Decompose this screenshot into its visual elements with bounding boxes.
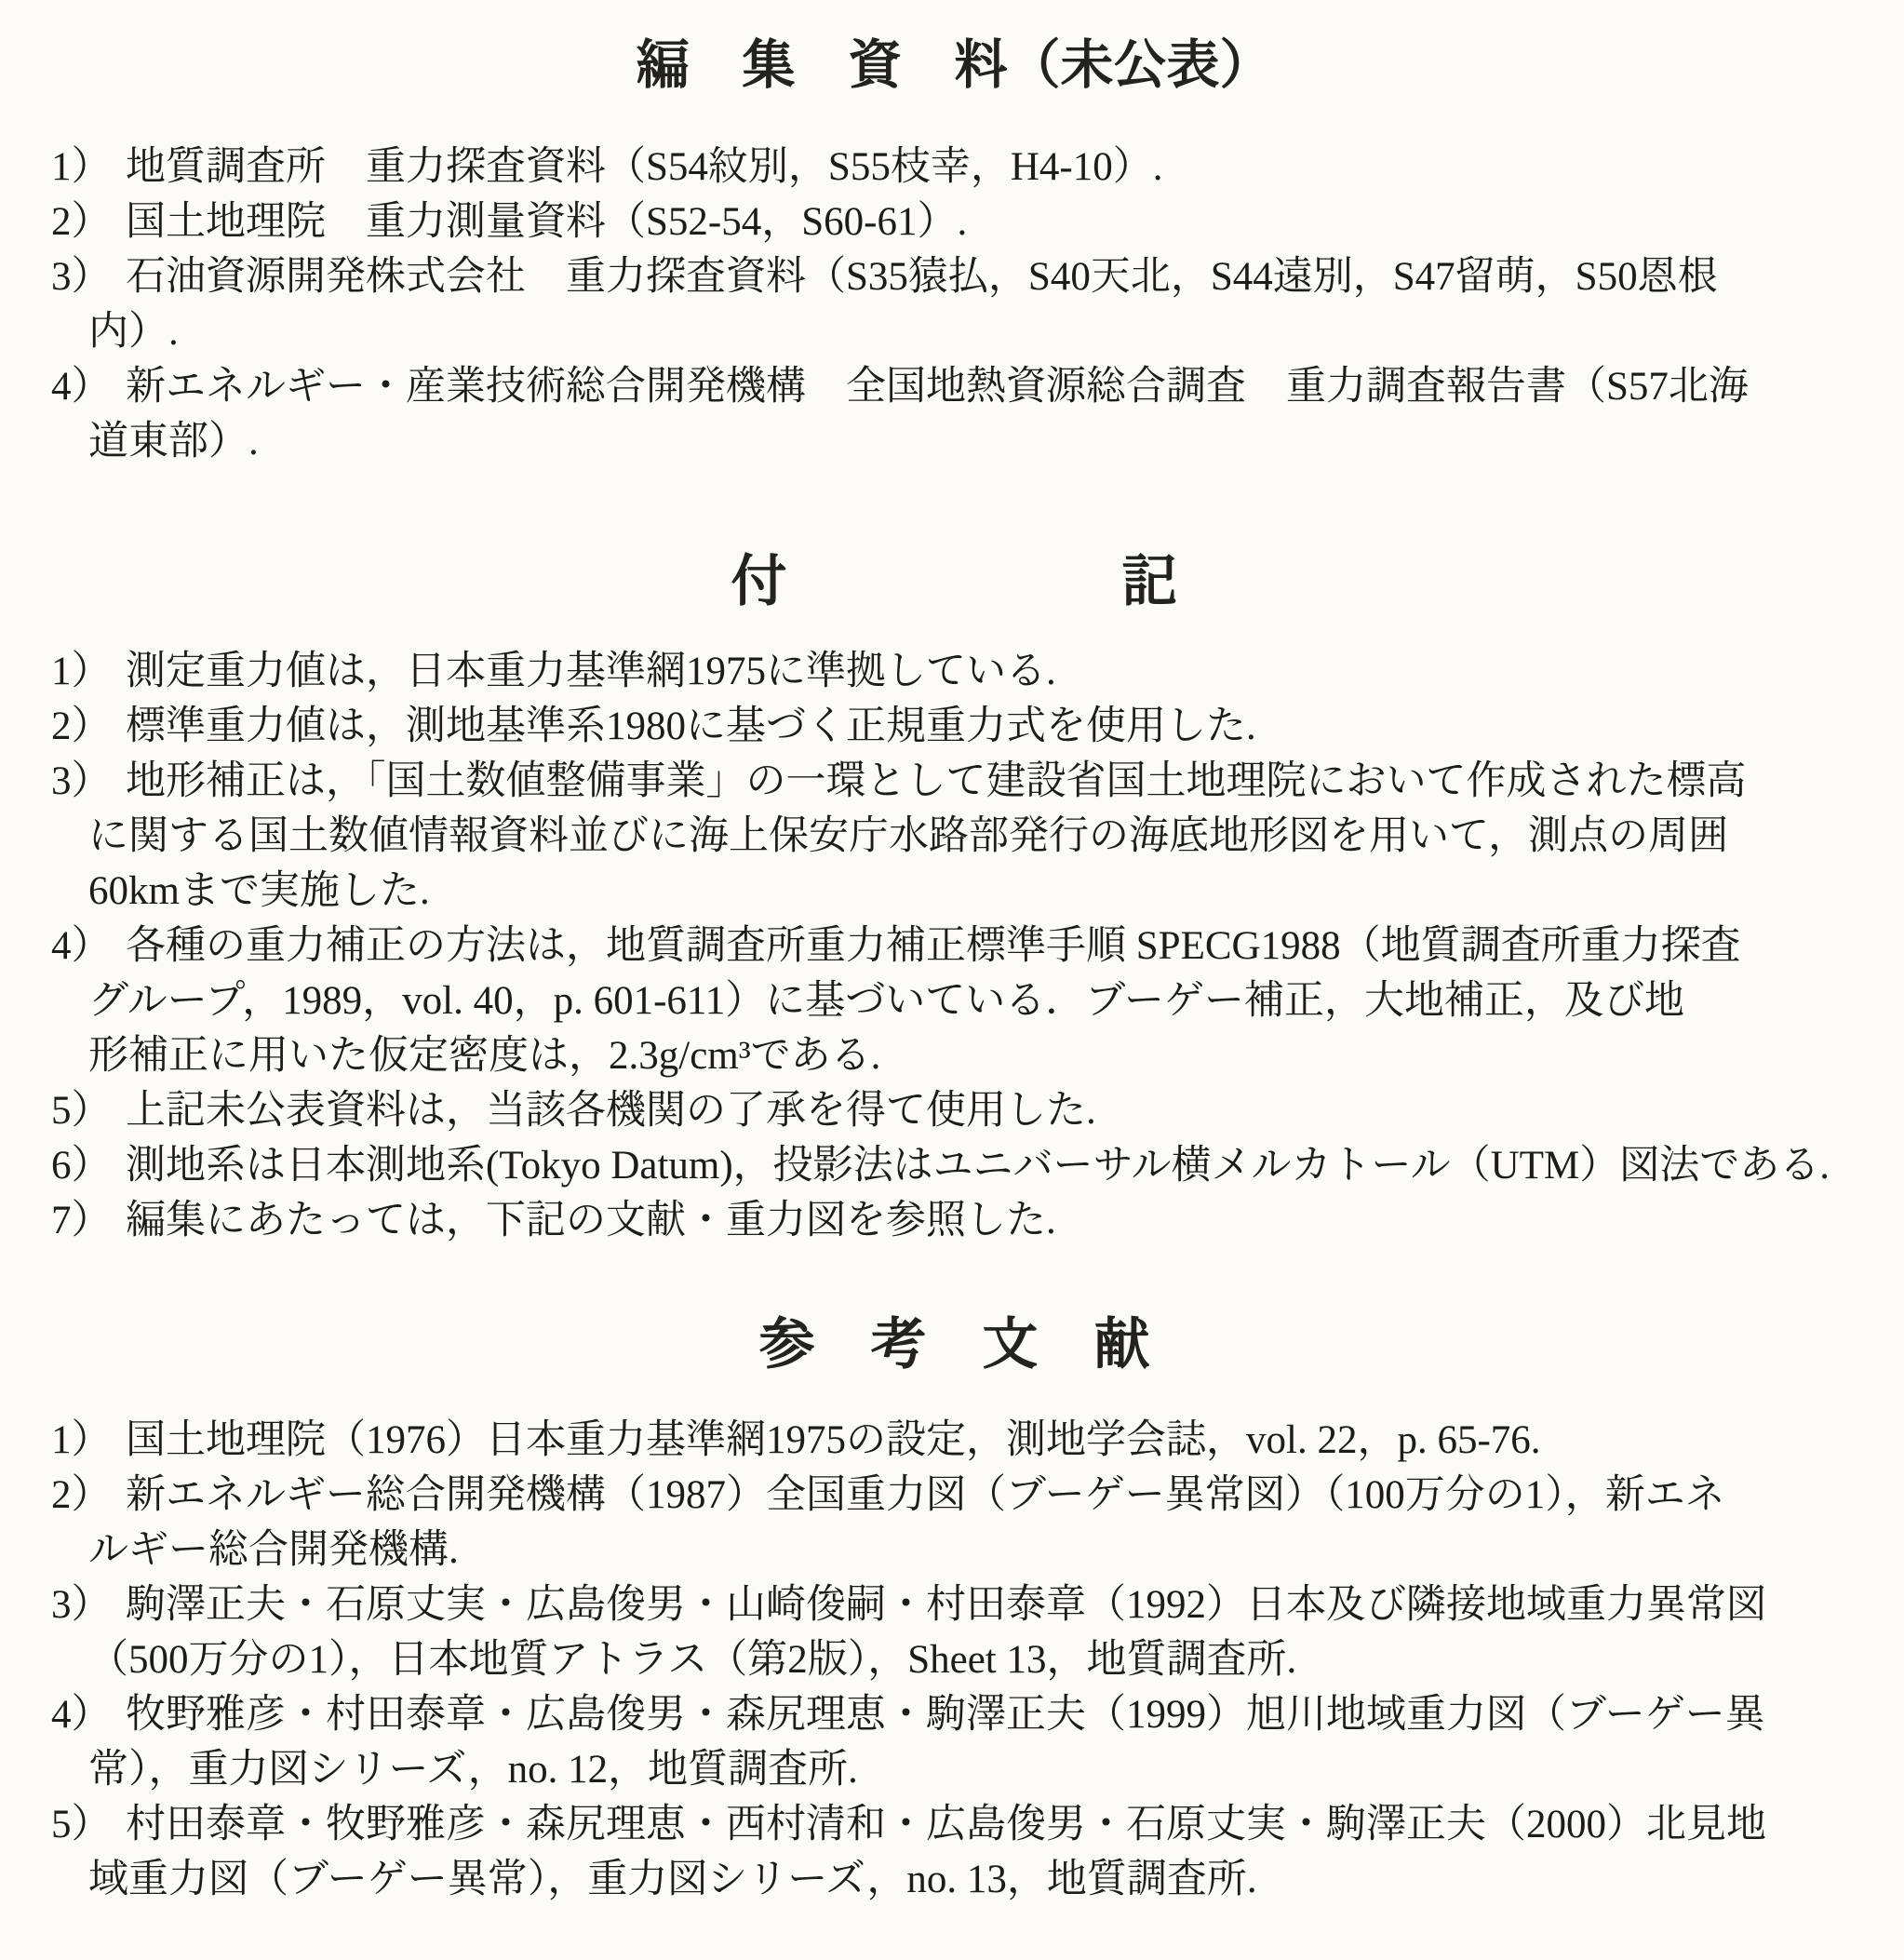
item-number: 3）	[51, 249, 126, 304]
appendix-item: 1）測定重力値は，日本重力基準網1975に準拠している.	[51, 644, 1857, 699]
item-line: 道東部）.	[51, 414, 1857, 469]
item-number: 1）	[51, 140, 126, 195]
item-number: 3）	[51, 754, 126, 809]
appendix-item: 7）編集にあたっては，下記の文献・重力図を参照した.	[51, 1193, 1857, 1248]
item-line: 3）地形補正は，「国土数値整備事業」の一環として建設省国土地理院において作成され…	[51, 754, 1857, 809]
item-line: 5）村田泰章・牧野雅彦・森尻理恵・西村清和・広島俊男・石原丈実・駒澤正夫（200…	[51, 1797, 1857, 1852]
item-number: 5）	[51, 1797, 126, 1852]
item-line: 2）標準重力値は，測地基準系1980に基づく正規重力式を使用した.	[51, 699, 1857, 754]
item-text: 形補正に用いた仮定密度は，2.3g/cm³である.	[88, 1034, 880, 1078]
item-number: 2）	[51, 699, 126, 754]
reference-item: 4）牧野雅彦・村田泰章・広島俊男・森尻理恵・駒澤正夫（1999）旭川地域重力図（…	[51, 1687, 1857, 1797]
item-text: 測定重力値は，日本重力基準網1975に準拠している.	[126, 650, 1056, 693]
appendix-heading: 付 記	[51, 547, 1857, 616]
item-line: 4）新エネルギー・産業技術総合開発機構 全国地熱資源総合調査 重力調査報告書（S…	[51, 359, 1857, 414]
item-number: 4）	[51, 359, 126, 414]
appendix-item: 2）標準重力値は，測地基準系1980に基づく正規重力式を使用した.	[51, 699, 1857, 754]
item-text: 地質調査所 重力探査資料（S54紋別，S55枝幸，H4-10）.	[126, 145, 1162, 189]
item-text: 地形補正は，「国土数値整備事業」の一環として建設省国土地理院において作成された標…	[126, 759, 1747, 803]
source-item: 4）新エネルギー・産業技術総合開発機構 全国地熱資源総合調査 重力調査報告書（S…	[51, 359, 1857, 469]
appendix-item: 6）測地系は日本測地系(Tokyo Datum)，投影法はユニバーサル横メルカト…	[51, 1138, 1857, 1193]
page-content: 編 集 資 料（未公表） 1）地質調査所 重力探査資料（S54紋別，S55枝幸，…	[0, 0, 1904, 1907]
source-item: 1）地質調査所 重力探査資料（S54紋別，S55枝幸，H4-10）.	[51, 140, 1857, 195]
item-line: 2）新エネルギー総合開発機構（1987）全国重力図（ブーゲー異常図）（100万分…	[51, 1468, 1857, 1523]
item-number: 4）	[51, 1687, 126, 1742]
item-text: 石油資源開発株式会社 重力探査資料（S35猿払，S40天北，S44遠別，S47留…	[126, 255, 1718, 299]
item-line: 5）上記未公表資料は，当該各機関の了承を得て使用した.	[51, 1083, 1857, 1138]
item-number: 1）	[51, 644, 126, 699]
reference-item: 1）国土地理院（1976）日本重力基準網1975の設定，測地学会誌，vol. 2…	[51, 1413, 1857, 1468]
item-text: 道東部）.	[88, 420, 259, 463]
item-line: 2）国土地理院 重力測量資料（S52-54，S60-61）.	[51, 195, 1857, 249]
item-text: 上記未公表資料は，当該各機関の了承を得て使用した.	[126, 1089, 1096, 1133]
edit-sources-heading: 編 集 資 料（未公表）	[51, 32, 1857, 99]
item-number: 1）	[51, 1413, 126, 1468]
item-line: ルギー総合開発機構.	[51, 1523, 1857, 1577]
reference-item: 5）村田泰章・牧野雅彦・森尻理恵・西村清和・広島俊男・石原丈実・駒澤正夫（200…	[51, 1797, 1857, 1907]
item-text: 牧野雅彦・村田泰章・広島俊男・森尻理恵・駒澤正夫（1999）旭川地域重力図（ブー…	[126, 1693, 1765, 1737]
item-number: 3）	[51, 1577, 126, 1632]
item-number: 7）	[51, 1193, 126, 1248]
item-text: 駒澤正夫・石原丈実・広島俊男・山崎俊嗣・村田泰章（1992）日本及び隣接地域重力…	[126, 1583, 1766, 1627]
item-text: 各種の重力補正の方法は，地質調査所重力補正標準手順 SPECG1988（地質調査…	[126, 924, 1741, 968]
appendix-item: 4）各種の重力補正の方法は，地質調査所重力補正標準手順 SPECG1988（地質…	[51, 919, 1857, 1083]
section-references: 参 考 文 献 1）国土地理院（1976）日本重力基準網1975の設定，測地学会…	[51, 1310, 1857, 1907]
item-line: 7）編集にあたっては，下記の文献・重力図を参照した.	[51, 1193, 1857, 1248]
item-line: （500万分の1），日本地質アトラス（第2版），Sheet 13，地質調査所.	[51, 1632, 1857, 1687]
item-line: 形補正に用いた仮定密度は，2.3g/cm³である.	[51, 1028, 1857, 1083]
item-text: 常），重力図シリーズ，no. 12，地質調査所.	[88, 1748, 858, 1792]
item-text: 60kmまで実施した.	[88, 869, 430, 913]
item-number: 4）	[51, 919, 126, 973]
item-text: 国土地理院（1976）日本重力基準網1975の設定，測地学会誌，vol. 22，…	[126, 1418, 1541, 1462]
item-text: ルギー総合開発機構.	[88, 1528, 459, 1572]
item-line: 3）駒澤正夫・石原丈実・広島俊男・山崎俊嗣・村田泰章（1992）日本及び隣接地域…	[51, 1577, 1857, 1632]
item-line: 内）.	[51, 304, 1857, 359]
item-line: 域重力図（ブーゲー異常），重力図シリーズ，no. 13，地質調査所.	[51, 1852, 1857, 1907]
section-appendix: 付 記 1）測定重力値は，日本重力基準網1975に準拠している. 2）標準重力値…	[51, 547, 1857, 1248]
item-text: 内）.	[88, 310, 179, 354]
item-number: 2）	[51, 195, 126, 249]
item-text: 新エネルギー・産業技術総合開発機構 全国地熱資源総合調査 重力調査報告書（S57…	[126, 365, 1749, 409]
item-line: 6）測地系は日本測地系(Tokyo Datum)，投影法はユニバーサル横メルカト…	[51, 1138, 1857, 1193]
item-text: に関する国土数値情報資料並びに海上保安庁水路部発行の海底地形図を用いて，測点の周…	[88, 814, 1728, 858]
item-text: 国土地理院 重力測量資料（S52-54，S60-61）.	[126, 200, 967, 244]
item-text: 域重力図（ブーゲー異常），重力図シリーズ，no. 13，地質調査所.	[88, 1858, 1257, 1901]
item-line: 3）石油資源開発株式会社 重力探査資料（S35猿払，S40天北，S44遠別，S4…	[51, 249, 1857, 304]
item-text: グループ，1989，vol. 40，p. 601-611）に基づいている．ブーゲ…	[88, 979, 1684, 1023]
item-text: 新エネルギー総合開発機構（1987）全国重力図（ブーゲー異常図）（100万分の1…	[126, 1473, 1725, 1517]
item-text: 編集にあたっては，下記の文献・重力図を参照した.	[126, 1199, 1056, 1242]
item-line: 1）地質調査所 重力探査資料（S54紋別，S55枝幸，H4-10）.	[51, 140, 1857, 195]
item-line: に関する国土数値情報資料並びに海上保安庁水路部発行の海底地形図を用いて，測点の周…	[51, 809, 1857, 864]
reference-item: 3）駒澤正夫・石原丈実・広島俊男・山崎俊嗣・村田泰章（1992）日本及び隣接地域…	[51, 1577, 1857, 1687]
item-text: 測地系は日本測地系(Tokyo Datum)，投影法はユニバーサル横メルカトール…	[126, 1144, 1830, 1188]
item-text: （500万分の1），日本地質アトラス（第2版），Sheet 13，地質調査所.	[88, 1638, 1296, 1682]
document-page: 編 集 資 料（未公表） 1）地質調査所 重力探査資料（S54紋別，S55枝幸，…	[0, 0, 1904, 1960]
item-text: 標準重力値は，測地基準系1980に基づく正規重力式を使用した.	[126, 705, 1256, 748]
item-number: 6）	[51, 1138, 126, 1193]
appendix-item: 3）地形補正は，「国土数値整備事業」の一環として建設省国土地理院において作成され…	[51, 754, 1857, 919]
item-line: 1）国土地理院（1976）日本重力基準網1975の設定，測地学会誌，vol. 2…	[51, 1413, 1857, 1468]
item-line: 60kmまで実施した.	[51, 864, 1857, 919]
section-edit-sources: 編 集 資 料（未公表） 1）地質調査所 重力探査資料（S54紋別，S55枝幸，…	[51, 32, 1857, 469]
item-line: 常），重力図シリーズ，no. 12，地質調査所.	[51, 1742, 1857, 1797]
item-line: 1）測定重力値は，日本重力基準網1975に準拠している.	[51, 644, 1857, 699]
reference-item: 2）新エネルギー総合開発機構（1987）全国重力図（ブーゲー異常図）（100万分…	[51, 1468, 1857, 1577]
item-number: 2）	[51, 1468, 126, 1523]
source-item: 2）国土地理院 重力測量資料（S52-54，S60-61）.	[51, 195, 1857, 249]
item-line: 4）牧野雅彦・村田泰章・広島俊男・森尻理恵・駒澤正夫（1999）旭川地域重力図（…	[51, 1687, 1857, 1742]
item-line: 4）各種の重力補正の方法は，地質調査所重力補正標準手順 SPECG1988（地質…	[51, 919, 1857, 973]
appendix-item: 5）上記未公表資料は，当該各機関の了承を得て使用した.	[51, 1083, 1857, 1138]
item-line: グループ，1989，vol. 40，p. 601-611）に基づいている．ブーゲ…	[51, 973, 1857, 1028]
item-text: 村田泰章・牧野雅彦・森尻理恵・西村清和・広島俊男・石原丈実・駒澤正夫（2000）…	[126, 1803, 1766, 1846]
references-heading: 参 考 文 献	[51, 1310, 1857, 1379]
item-number: 5）	[51, 1083, 126, 1138]
source-item: 3）石油資源開発株式会社 重力探査資料（S35猿払，S40天北，S44遠別，S4…	[51, 249, 1857, 359]
